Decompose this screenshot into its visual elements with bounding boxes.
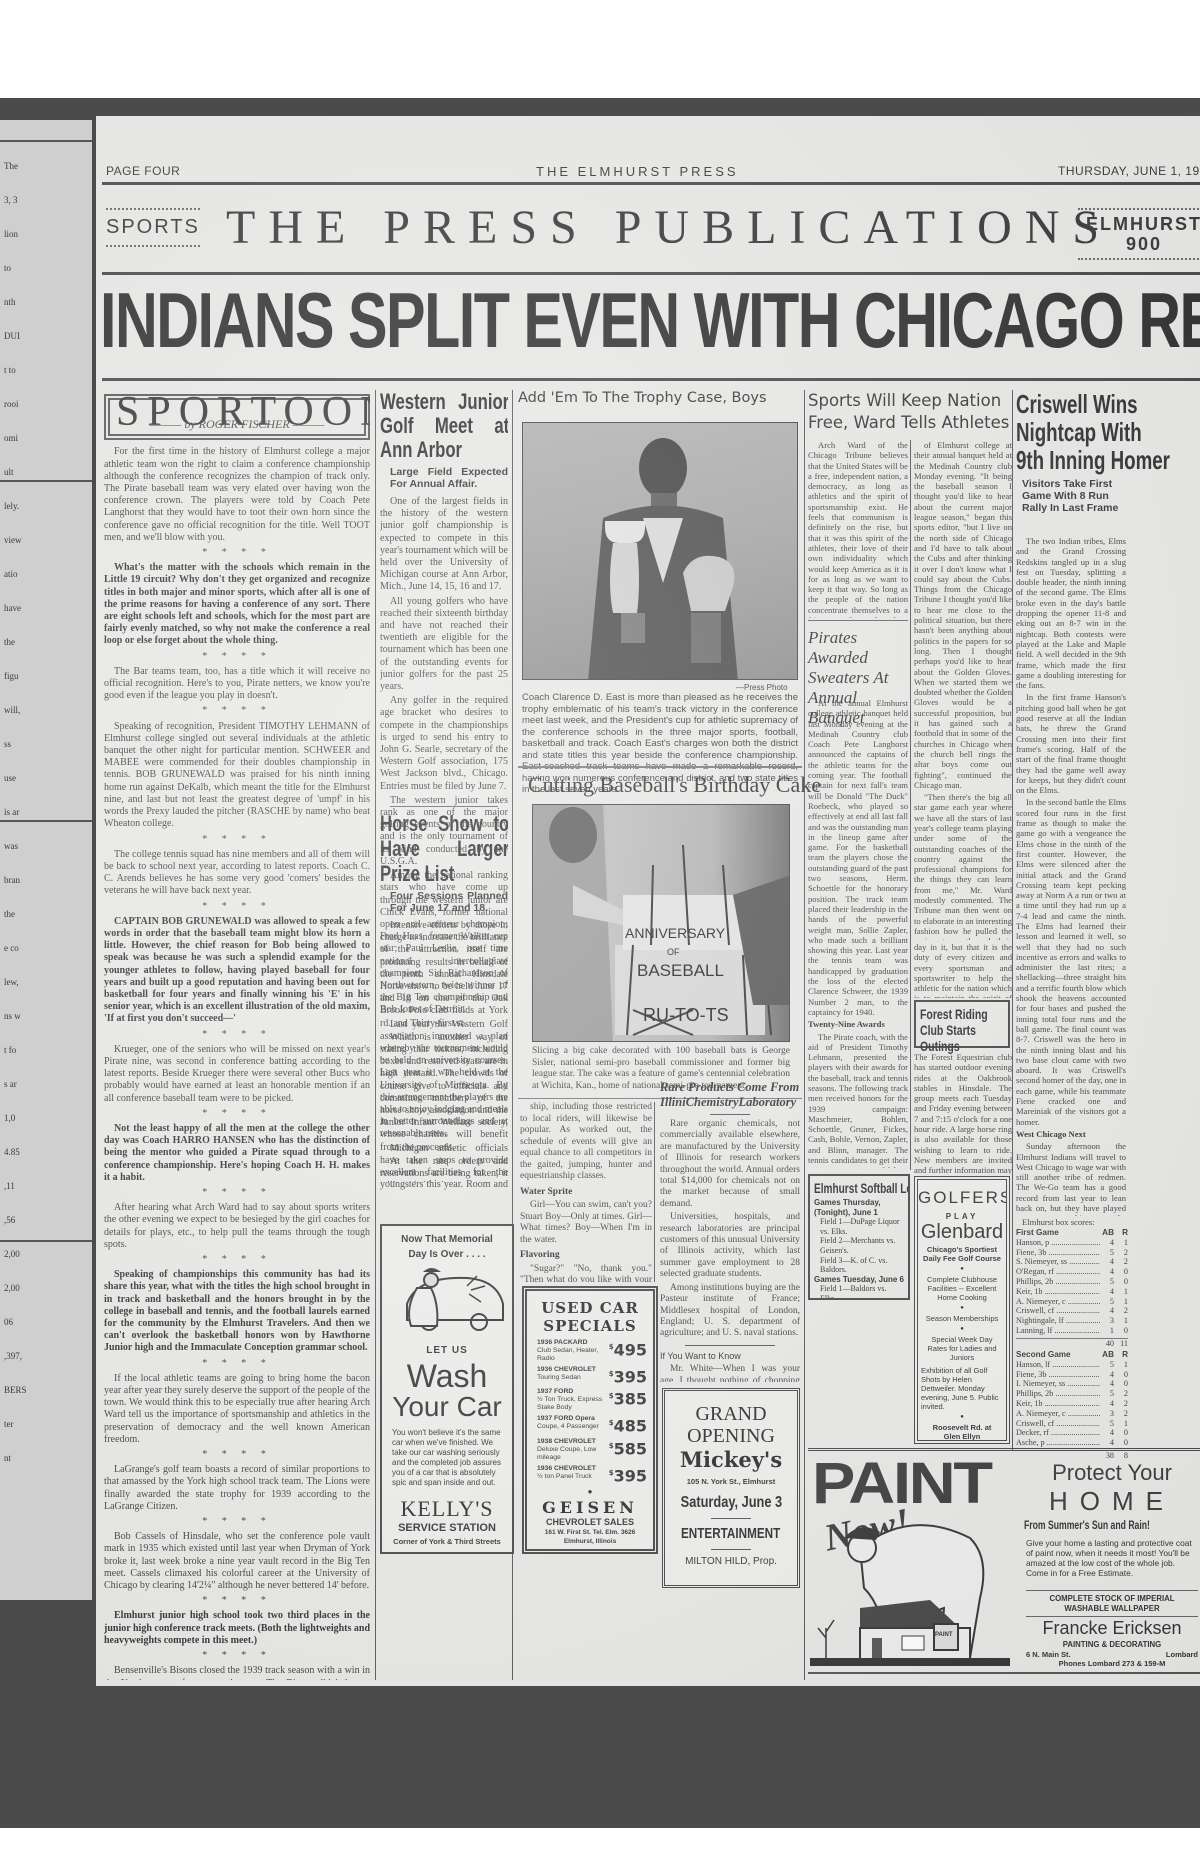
column-rule bbox=[375, 390, 376, 1680]
softball-schedule-line: Field 1—Baldors vs. Elks. bbox=[814, 1284, 904, 1300]
car-price: $395 bbox=[609, 1366, 647, 1385]
sportoon-paragraph: Speaking of championships this community… bbox=[104, 1269, 370, 1354]
section-divider-stars: * * * * bbox=[104, 1595, 370, 1607]
kellys-intro-2: Day Is Over . . . . bbox=[382, 1249, 512, 1260]
mickeys-entertainment: ENTERTAINMENT bbox=[681, 1525, 780, 1542]
runs: 0 bbox=[1114, 1267, 1128, 1277]
adjacent-page-text-fragment: ult bbox=[4, 466, 14, 478]
adjacent-page-text-fragment: 1,0 bbox=[4, 1112, 15, 1124]
cake-headline: Cutting Baseball's Birthday Cake bbox=[528, 772, 821, 798]
wallpaper-line-2: WASHABLE WALLPAPER bbox=[1026, 1604, 1198, 1613]
adjacent-page-text-fragment: 06 bbox=[4, 1316, 13, 1328]
box-score-row: S. Niemeyer, ss42 bbox=[1016, 1257, 1128, 1267]
ward-column-2: of Elmhurst college at their annual banq… bbox=[914, 440, 1012, 940]
pirates-paragraph: At the annual Elmhurst college athletic … bbox=[808, 698, 908, 1017]
adjacent-page-text-fragment: BERS bbox=[4, 1384, 27, 1396]
car-model: 1937 FORD Opera bbox=[537, 1415, 609, 1423]
at-bats: 4 bbox=[1100, 1267, 1114, 1277]
section-divider-stars: * * * * bbox=[104, 705, 370, 717]
at-bats: 4 bbox=[1100, 1306, 1114, 1316]
softball-schedule-line: Field 3—K. of C. vs. Baldors. bbox=[814, 1256, 904, 1275]
car-description: ½ Ton Truck, Express Stake Body bbox=[537, 1396, 609, 1412]
game-title: Second Game bbox=[1016, 1350, 1100, 1360]
horse-paragraph: At the rate orders and reservations are … bbox=[380, 1156, 508, 1182]
section-divider-stars: * * * * bbox=[104, 1187, 370, 1199]
adjacent-page-text-fragment: nth bbox=[4, 296, 16, 308]
used-car-item: 1936 CHEVROLETTouring Sedan$395 bbox=[537, 1366, 647, 1385]
col-ab: AB bbox=[1100, 1228, 1114, 1238]
mickeys-name: Mickey's bbox=[665, 1447, 797, 1473]
criswell-subheading: West Chicago Next bbox=[1016, 1129, 1126, 1139]
geisen-city: Elmhurst, Illinois bbox=[527, 1538, 653, 1545]
home-word: HOME bbox=[1024, 1486, 1200, 1517]
box-score-row: Criswell, cf51 bbox=[1016, 1419, 1128, 1429]
phone-exchange: ELMHURST bbox=[1086, 214, 1200, 234]
runs: 2 bbox=[1114, 1306, 1128, 1316]
golf-paragraph: Any golfer in the required age bracket w… bbox=[380, 695, 508, 793]
player-name: I. Niemeyer, ss bbox=[1016, 1379, 1100, 1389]
bullet-icon: ● bbox=[918, 1305, 1006, 1311]
used-car-item: 1936 CHEVROLET½ ton Panel Truck$395 bbox=[537, 1465, 647, 1484]
adjacent-page-text-fragment: lion bbox=[4, 228, 18, 240]
adjacent-page-rule bbox=[0, 1240, 92, 1242]
runs: 0 bbox=[1114, 1438, 1128, 1448]
glenbard-tag-2: Daily Fee Golf Course bbox=[918, 1254, 1006, 1263]
kellys-address: Corner of York & Third Streets bbox=[382, 1537, 512, 1546]
ad-divider bbox=[1026, 1616, 1198, 1617]
adjacent-page-text-fragment: rooi bbox=[4, 398, 19, 410]
coach-with-trophy-illustration bbox=[523, 423, 798, 680]
player-name: Hanson, lf bbox=[1016, 1360, 1100, 1370]
used-car-item: 1938 CHEVROLETDeluxe Coupe, Low mileage$… bbox=[537, 1438, 647, 1462]
kellys-your-car: Your Car bbox=[382, 1392, 512, 1422]
riding-headline: Forest Riding Club Starts Outings bbox=[920, 1006, 1010, 1054]
geisen-title-1: USED CAR bbox=[527, 1299, 653, 1317]
second-game-box-score: Second Game AB R Hanson, lf51Fiene, 3b40… bbox=[1016, 1350, 1128, 1461]
adjacent-page-text-fragment: lely. bbox=[4, 500, 19, 512]
ward-conclusion: day in it, but that it is the duty of ev… bbox=[914, 942, 1012, 998]
car-price: $485 bbox=[609, 1415, 647, 1434]
sportoon-paragraph: Bensenville's Bisons closed the 1939 tra… bbox=[104, 1665, 370, 1680]
box-score-row: Decker, rf40 bbox=[1016, 1428, 1128, 1438]
chemistry-paragraph: Universities, hospitals, and research la… bbox=[660, 1212, 800, 1280]
ward-headline-1: Sports Will Keep Nation bbox=[808, 390, 1012, 412]
criswell-subhead: Visitors Take First Game With 8 Run Rall… bbox=[1022, 478, 1122, 514]
glenbard-golf-ad: GOLFERS PLAY Glenbard Chicago's Sporties… bbox=[914, 1176, 1010, 1444]
from-summers-sun: From Summer's Sun and Rain! bbox=[1024, 1518, 1197, 1532]
player-name: Keir, 1b bbox=[1016, 1287, 1100, 1297]
at-bats: 4 bbox=[1100, 1428, 1114, 1438]
adjacent-page-text-fragment: is ar bbox=[4, 806, 19, 818]
car-wash-illustration bbox=[387, 1264, 507, 1334]
mickeys-address: 105 N. York St., Elmhurst bbox=[665, 1477, 797, 1486]
player-name: A. Niemeyer, c bbox=[1016, 1297, 1100, 1307]
at-bats: 4 bbox=[1100, 1370, 1114, 1380]
horse-headline: Horse Show to Have Larger Prize List bbox=[380, 811, 508, 886]
at-bats: 5 bbox=[1100, 1419, 1114, 1429]
geisen-dealer: GEISEN bbox=[527, 1498, 653, 1517]
at-bats: 4 bbox=[1100, 1399, 1114, 1409]
golf-subhead: Large Field Expected For Annual Affair. bbox=[390, 466, 508, 490]
car-model: 1936 CHEVROLET bbox=[537, 1366, 609, 1374]
adjacent-page-rule bbox=[0, 480, 92, 482]
ad-bottom-rule bbox=[808, 1672, 1200, 1674]
adjacent-page-text-fragment: 2,00 bbox=[4, 1248, 20, 1260]
adjacent-page-text-fragment: ,56 bbox=[4, 1214, 15, 1226]
article-divider bbox=[685, 1345, 775, 1346]
player-name: S. Niemeyer, ss bbox=[1016, 1257, 1100, 1267]
sportoon-paragraph: For the first time in the history of Elm… bbox=[104, 446, 370, 544]
box-score-row: Hanson, lf51 bbox=[1016, 1360, 1128, 1370]
wallpaper-line-1: COMPLETE STOCK OF IMPERIAL bbox=[1026, 1594, 1198, 1603]
adjacent-page-text-fragment: will, bbox=[4, 704, 20, 716]
glenbard-feature-2: Season Memberships bbox=[918, 1314, 1006, 1323]
article-divider bbox=[518, 766, 802, 768]
glenbard-name: Glenbard bbox=[918, 1221, 1006, 1243]
adjacent-page-text-fragment: ss bbox=[4, 738, 11, 750]
softball-schedule-line: Field 2—Merchants vs. Geisen's. bbox=[814, 1236, 904, 1255]
softball-league-box: Elmhurst Softball League Games Thursday,… bbox=[808, 1174, 910, 1300]
ward-paragraph: "Then there's the big all star game each… bbox=[914, 792, 1012, 940]
folio-rule bbox=[102, 182, 1200, 185]
adjacent-page-rule bbox=[0, 820, 92, 822]
mickeys-date: Saturday, June 3 bbox=[680, 1494, 781, 1512]
at-bats: 1 bbox=[1100, 1326, 1114, 1336]
car-description: ½ ton Panel Truck bbox=[537, 1473, 609, 1481]
runs: 2 bbox=[1114, 1389, 1128, 1399]
chemistry-headline: Rare Products Come From IlliniChemistryL… bbox=[660, 1080, 800, 1110]
box-score-row: Keir, 1b41 bbox=[1016, 1287, 1128, 1297]
adjacent-page-text-fragment: 2,00 bbox=[4, 1282, 20, 1294]
kellys-name: KELLY'S bbox=[382, 1496, 512, 1522]
price-value: 395 bbox=[614, 1466, 647, 1485]
cake-text-anniversary: ANNIVERSARY bbox=[625, 925, 725, 941]
section-divider-stars: * * * * bbox=[104, 1449, 370, 1461]
horse-paragraph: Intensive efforts by those in charge to … bbox=[380, 920, 508, 1030]
filler-paragraph: ship, including those restricted to loca… bbox=[520, 1102, 652, 1183]
at-bats: 4 bbox=[1100, 1287, 1114, 1297]
softball-schedule-line: Games Tuesday, June 6 bbox=[814, 1275, 904, 1285]
ad-divider bbox=[711, 1518, 751, 1519]
section-divider-stars: * * * * bbox=[104, 1358, 370, 1370]
adjacent-page-text-fragment: view bbox=[4, 534, 22, 546]
filler-paragraph: Girl—You can swim, can't you? Stuart Boy… bbox=[520, 1200, 652, 1246]
filler-title: Flavoring bbox=[520, 1250, 652, 1262]
scan-top-margin bbox=[0, 0, 1200, 98]
player-name: Criswell, cf bbox=[1016, 1306, 1100, 1316]
runs: 1 bbox=[1114, 1360, 1128, 1370]
adjacent-page-text-fragment: 4.85 bbox=[4, 1146, 20, 1158]
section-divider-stars: * * * * bbox=[104, 1254, 370, 1266]
used-car-list: 1936 PACKARDClub Sedan, Heater, Radio$49… bbox=[527, 1335, 653, 1484]
section-divider-stars: * * * * bbox=[104, 1108, 370, 1120]
francke-trade: PAINTING & DECORATING bbox=[1026, 1640, 1198, 1649]
francke-body: Give your home a lasting and protective … bbox=[1026, 1538, 1198, 1578]
adjacent-page-text-fragment: The bbox=[4, 160, 18, 172]
sportoon-paragraph: Speaking of recognition, President TIMOT… bbox=[104, 721, 370, 831]
francke-phones: Phones Lombard 273 & 159-M bbox=[1026, 1659, 1198, 1668]
filler-title: Water Sprite bbox=[520, 1187, 652, 1199]
glenbard-feature-3: Special Week Day Rates for Ladies and Ju… bbox=[918, 1335, 1006, 1362]
trophy-article: Add 'Em To The Trophy Case, Boys bbox=[518, 390, 800, 406]
column-rule bbox=[1012, 390, 1013, 1450]
runs: 0 bbox=[1114, 1370, 1128, 1380]
adjacent-page-text-fragment: have bbox=[4, 602, 21, 614]
sportoon-paragraph: If the local athletic teams are going to… bbox=[104, 1373, 370, 1446]
player-name: Asche, p bbox=[1016, 1438, 1100, 1448]
softball-schedule-line: Field 1—DuPage Liquor vs. Elks. bbox=[814, 1217, 904, 1236]
section-divider-stars: * * * * bbox=[104, 651, 370, 663]
sportoon-byline: ——— by ROGER FISCHER ——— bbox=[116, 418, 358, 430]
sportoon-paragraph: The college tennis squad has nine member… bbox=[104, 849, 370, 898]
criswell-headline-2: Nightcap With bbox=[1016, 418, 1148, 446]
runs: 1 bbox=[1114, 1316, 1128, 1326]
adjacent-page-text-fragment: bran bbox=[4, 874, 20, 886]
box-score-row: Fiene, 3b52 bbox=[1016, 1248, 1128, 1258]
ward-paragraph: Arch Ward of the Chicago Tribune believe… bbox=[808, 440, 908, 618]
box-score-total: 40 11 bbox=[1016, 1338, 1128, 1349]
cake-text-of: OF bbox=[667, 947, 680, 957]
player-name: Phillips, 2b bbox=[1016, 1389, 1100, 1399]
chemistry-paragraph: Rare organic chemicals, not commercially… bbox=[660, 1119, 800, 1210]
sportoon-paragraph: LaGrange's golf team boasts a record of … bbox=[104, 1464, 370, 1513]
runs: 1 bbox=[1114, 1419, 1128, 1429]
glenbard-play: PLAY bbox=[918, 1212, 1006, 1221]
column-rule bbox=[804, 390, 805, 1680]
adjacent-page-text-fragment: ter bbox=[4, 1418, 14, 1430]
section-divider-stars: * * * * bbox=[104, 1516, 370, 1528]
kellys-body: You won't believe it's the same car when… bbox=[382, 1422, 512, 1488]
softball-schedule-line: Games Thursday, (Tonight), June 1 bbox=[814, 1198, 904, 1217]
runs: 2 bbox=[1114, 1399, 1128, 1409]
horse-show-article: Horse Show to Have Larger Prize List Fou… bbox=[380, 804, 508, 1182]
adjacent-page-text-fragment: nt bbox=[4, 1452, 11, 1464]
used-car-item: 1937 FORD½ Ton Truck, Express Stake Body… bbox=[537, 1388, 647, 1412]
softball-headline: Elmhurst Softball League bbox=[814, 1180, 910, 1196]
used-car-item: 1936 PACKARDClub Sedan, Heater, Radio$49… bbox=[537, 1339, 647, 1363]
column-rule bbox=[910, 440, 911, 1170]
total-r: 11 bbox=[1114, 1339, 1128, 1349]
adjacent-page-edge: The3, 3liontonthDUIt torooiomiultlely.vi… bbox=[0, 120, 92, 1600]
ward-column-1: Arch Ward of the Chicago Tribune believe… bbox=[808, 440, 908, 618]
car-model: 1936 PACKARD bbox=[537, 1339, 609, 1347]
criswell-body: The two Indian tribes, Elms and the Gran… bbox=[1016, 536, 1126, 1216]
sportoon-paragraph: Not the least happy of all the men at th… bbox=[104, 1123, 370, 1184]
sportoon-header: SPORTOON ——— by ROGER FISCHER ——— bbox=[104, 394, 370, 440]
kellys-intro-1: Now That Memorial bbox=[382, 1234, 512, 1245]
criswell-paragraph: Sunday afternoon the Elmhurst Indians wi… bbox=[1016, 1141, 1126, 1216]
adjacent-page-text-fragment: e co bbox=[4, 942, 19, 954]
car-price: $495 bbox=[609, 1339, 647, 1358]
adjacent-page-text-fragment: ns w bbox=[4, 1010, 21, 1022]
article-divider bbox=[808, 620, 908, 621]
ward-headline-2: Free, Ward Tells Athletes bbox=[808, 412, 1012, 434]
runs: 2 bbox=[1114, 1257, 1128, 1267]
filler-paragraph: Mr. White—When I was your age, I thought… bbox=[660, 1364, 800, 1382]
adjacent-page-text-fragment: figu bbox=[4, 670, 19, 682]
box-score-row: Phillips, 2b50 bbox=[1016, 1277, 1128, 1287]
glenbard-location-1: Roosevelt Rd. at bbox=[918, 1423, 1006, 1432]
at-bats: 4 bbox=[1100, 1379, 1114, 1389]
used-car-item: 1937 FORD OperaCoupe, 4 Passenger$485 bbox=[537, 1415, 647, 1434]
golf-paragraph: One of the largest fields in the history… bbox=[380, 496, 508, 594]
car-model: 1936 CHEVROLET bbox=[537, 1465, 609, 1473]
car-price: $385 bbox=[609, 1388, 647, 1407]
box-score-row: Nightingale, lf31 bbox=[1016, 1316, 1128, 1326]
player-name: Phillips, 2b bbox=[1016, 1277, 1100, 1287]
paper-name: THE ELMHURST PRESS bbox=[536, 164, 739, 179]
car-model: 1938 CHEVROLET bbox=[537, 1438, 609, 1446]
criswell-headline-1: Criswell Wins bbox=[1016, 390, 1148, 418]
runs: 2 bbox=[1114, 1248, 1128, 1258]
player-name: Lanning, lf bbox=[1016, 1326, 1100, 1336]
scan-bottom-margin bbox=[0, 1828, 1200, 1855]
mickeys-grand: GRAND bbox=[665, 1403, 797, 1425]
francke-paint-ad: PAINT Now! PAINT Protect Your HOME From … bbox=[808, 1456, 1200, 1668]
sportoon-paragraph: The Bar teams team, too, has a title whi… bbox=[104, 666, 370, 703]
glenbard-golfers: GOLFERS bbox=[918, 1188, 1006, 1208]
column-rule bbox=[654, 1102, 655, 1282]
player-name: Criswell, cf bbox=[1016, 1419, 1100, 1429]
adjacent-page-text-fragment: ,11 bbox=[4, 1180, 15, 1192]
at-bats: 4 bbox=[1100, 1438, 1114, 1448]
softball-schedule: Games Thursday, (Tonight), June 1Field 1… bbox=[814, 1198, 904, 1300]
col-r: R bbox=[1114, 1228, 1128, 1238]
col-r: R bbox=[1114, 1350, 1128, 1360]
runs: 1 bbox=[1114, 1287, 1128, 1297]
box-score-row: Criswell, cf42 bbox=[1016, 1306, 1128, 1316]
mickeys-grand-opening-ad: GRAND OPENING Mickey's 105 N. York St., … bbox=[662, 1388, 800, 1588]
kellys-service-station-ad: Now That Memorial Day Is Over . . . . LE… bbox=[380, 1224, 514, 1554]
golf-headline: Western Junior Golf Meet at Ann Arbor bbox=[380, 390, 508, 462]
box-score-row: Fiene, 3b40 bbox=[1016, 1370, 1128, 1380]
at-bats: 5 bbox=[1100, 1277, 1114, 1287]
horse-subhead: Four Sessions Planned For June 17 and 18… bbox=[390, 890, 508, 914]
box-score-row: Lanning, lf10 bbox=[1016, 1326, 1128, 1336]
pirates-article-body: At the annual Elmhurst college athletic … bbox=[808, 698, 908, 1168]
criswell-article: Criswell Wins Nightcap With 9th Inning H… bbox=[1016, 390, 1200, 520]
adjacent-page-text-fragment: s ar bbox=[4, 1078, 17, 1090]
box-score-row: O'Regan, rf40 bbox=[1016, 1267, 1128, 1277]
criswell-headline-3: 9th Inning Homer bbox=[1016, 446, 1148, 474]
kellys-service-station: SERVICE STATION bbox=[382, 1522, 512, 1534]
masthead: THE PRESS PUBLICATIONS bbox=[226, 200, 1112, 255]
price-value: 385 bbox=[614, 1390, 647, 1409]
sportoon-paragraph: CAPTAIN BOB GRUNEWALD was allowed to spe… bbox=[104, 916, 370, 1026]
francke-address: 6 N. Main St. bbox=[1026, 1650, 1071, 1659]
glenbard-feature-4: Exhibition of all Golf Shots by Helen De… bbox=[918, 1362, 1006, 1411]
adjacent-page-text-fragment: omi bbox=[4, 432, 18, 444]
adjacent-page-text-fragment: ,397, bbox=[4, 1350, 22, 1362]
geisen-used-car-ad: USED CAR SPECIALS 1936 PACKARDClub Sedan… bbox=[522, 1286, 658, 1554]
player-name: Decker, rf bbox=[1016, 1428, 1100, 1438]
francke-name: Francke Ericksen bbox=[1024, 1618, 1200, 1639]
sportoon-paragraph: After hearing what Arch Ward had to say … bbox=[104, 1202, 370, 1251]
price-value: 485 bbox=[614, 1417, 647, 1436]
box-score-header: First Game AB R bbox=[1016, 1228, 1128, 1238]
player-name: Nightingale, lf bbox=[1016, 1316, 1100, 1326]
player-name: Hanson, p bbox=[1016, 1238, 1100, 1248]
runs: 1 bbox=[1114, 1297, 1128, 1307]
player-name: Fiene, 3b bbox=[1016, 1370, 1100, 1380]
section-divider-stars: * * * * bbox=[104, 1029, 370, 1041]
article-divider bbox=[390, 806, 498, 807]
first-game-box-score: First Game AB R Hanson, p41Fiene, 3b52S.… bbox=[1016, 1228, 1128, 1349]
francke-town: Lombard bbox=[1166, 1650, 1198, 1659]
adjacent-page-text-fragment: the bbox=[4, 908, 15, 920]
criswell-paragraph: The two Indian tribes, Elms and the Gran… bbox=[1016, 536, 1126, 690]
trophy-photo bbox=[522, 422, 798, 680]
col-ab: AB bbox=[1100, 1350, 1114, 1360]
pirates-subheading: Twenty-Nine Awards bbox=[808, 1019, 908, 1029]
sportoon-paragraph: Elmhurst junior high school took two thi… bbox=[104, 1610, 370, 1647]
box-score-row: A. Niemeyer, c51 bbox=[1016, 1297, 1128, 1307]
article-divider bbox=[710, 1114, 750, 1115]
geisen-dealer-sub: CHEVROLET SALES bbox=[527, 1517, 653, 1527]
at-bats: 3 bbox=[1100, 1316, 1114, 1326]
issue-date: THURSDAY, JUNE 1, 1939 bbox=[1058, 164, 1200, 178]
at-bats: 5 bbox=[1100, 1248, 1114, 1258]
adjacent-page-text-fragment: t fo bbox=[4, 1044, 16, 1056]
player-name: Fiene, 3b bbox=[1016, 1248, 1100, 1258]
ad-divider bbox=[711, 1549, 751, 1550]
geisen-address: 161 W. First St. Tel. Elm. 3626 bbox=[527, 1529, 653, 1536]
section-tag: SPORTS bbox=[106, 208, 200, 247]
player-name: O'Regan, rf bbox=[1016, 1267, 1100, 1277]
game-title: First Game bbox=[1016, 1228, 1100, 1238]
box-score-row: A. Niemeyer, c32 bbox=[1016, 1409, 1128, 1419]
mickeys-opening: OPENING bbox=[665, 1425, 797, 1447]
adjacent-page-text-fragment: use bbox=[4, 772, 16, 784]
player-name: A. Niemeyer, c bbox=[1016, 1409, 1100, 1419]
trophy-headline: Add 'Em To The Trophy Case, Boys bbox=[518, 390, 800, 406]
box-score-intro: Elmhurst box scores: bbox=[1022, 1216, 1132, 1228]
newspaper-page: PAGE FOUR THE ELMHURST PRESS THURSDAY, J… bbox=[96, 116, 1200, 1686]
price-value: 495 bbox=[614, 1340, 647, 1359]
banner-rule bbox=[102, 378, 1200, 381]
at-bats: 4 bbox=[1100, 1257, 1114, 1267]
sportoon-paragraph: Bob Cassels of Hinsdale, who set the con… bbox=[104, 1531, 370, 1592]
protect-your: Protect Your bbox=[1024, 1460, 1200, 1486]
adjacent-page-text-fragment: lew, bbox=[4, 976, 19, 988]
kellys-let-us: LET US bbox=[382, 1345, 512, 1356]
car-description: Touring Sedan bbox=[537, 1374, 609, 1382]
criswell-paragraph: In the second battle the Elms scored fou… bbox=[1016, 797, 1126, 1127]
box-score-rows: Hanson, lf51Fiene, 3b40I. Niemeyer, ss40… bbox=[1016, 1360, 1128, 1448]
chemistry-article: Rare Products Come From IlliniChemistryL… bbox=[660, 1080, 800, 1382]
cake-photo: ANNIVERSARY OF BASEBALL RU-TO-TS bbox=[532, 804, 790, 1042]
riding-club-box: Forest Riding Club Starts Outings bbox=[914, 1000, 1010, 1048]
glenbard-location-2: Glen Ellyn bbox=[918, 1432, 1006, 1441]
car-description: Club Sedan, Heater, Radio bbox=[537, 1347, 609, 1363]
adjacent-page-text-fragment: 3, 3 bbox=[4, 194, 18, 206]
runs: 0 bbox=[1114, 1428, 1128, 1438]
at-bats: 5 bbox=[1100, 1297, 1114, 1307]
at-bats: 3 bbox=[1100, 1409, 1114, 1419]
car-description: Coupe, 4 Passenger bbox=[537, 1423, 609, 1431]
price-value: 585 bbox=[614, 1439, 647, 1458]
total-ab: 40 bbox=[1100, 1339, 1114, 1349]
section-divider-stars: * * * * bbox=[104, 834, 370, 846]
adjacent-page-text-fragment: was bbox=[4, 840, 18, 852]
glenbard-feature-1: Complete Clubhouse Facilities -- Excelle… bbox=[918, 1275, 1006, 1302]
sportoon-column: SPORTOON ——— by ROGER FISCHER ——— For th… bbox=[104, 390, 370, 1680]
banner-headline: INDIANS SPLIT EVEN WITH CHICAGO REDSKINS bbox=[100, 278, 1012, 362]
sportoon-paragraph: Krueger, one of the seniors who will be … bbox=[104, 1044, 370, 1105]
car-price: $585 bbox=[609, 1438, 647, 1457]
runs: 0 bbox=[1114, 1277, 1128, 1287]
player-name: Keir, 1b bbox=[1016, 1399, 1100, 1409]
